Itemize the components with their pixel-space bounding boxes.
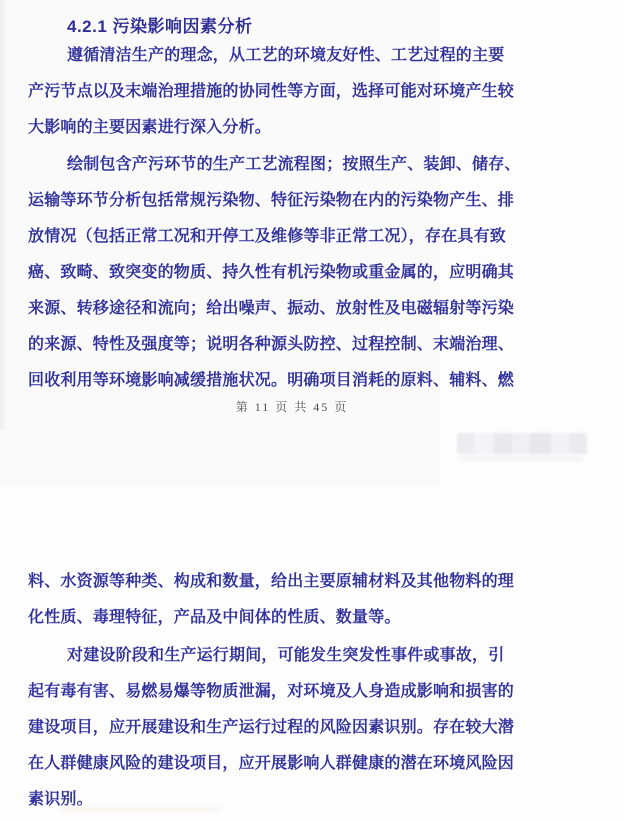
text-line: 起有毒有害、易燃易爆等物质泄漏，对环境及人身造成影响和损害的: [28, 674, 524, 710]
text-line: 料、水资源等种类、构成和数量，给出主要原辅材料及其他物料的理: [28, 564, 524, 600]
page2-paragraph-2: 对建设阶段和生产运行期间，可能发生突发性事件或事故，引 起有毒有害、易燃易爆等物…: [28, 638, 524, 818]
text-line: 产污节点以及末端治理措施的协同性等方面，选择可能对环境产生较: [28, 74, 524, 110]
scan-bottom-artifact: [60, 806, 220, 812]
text-line: 对建设阶段和生产运行期间，可能发生突发性事件或事故，引: [28, 638, 524, 674]
text-line: 运输等环节分析包括常规污染物、特征污染物在内的污染物产生、排: [28, 183, 524, 219]
text-line: 回收利用等环境影响减缓措施状况。明确项目消耗的原料、辅料、燃: [28, 363, 524, 399]
page-footer: 第 11 页 共 45 页: [0, 398, 584, 415]
text-line: 来源、转移途径和流向；给出噪声、振动、放射性及电磁辐射等污染: [28, 291, 524, 327]
text-line: 遵循清洁生产的理念，从工艺的环境友好性、工艺过程的主要: [28, 38, 524, 74]
text-line: 素识别。: [28, 782, 524, 818]
text-line: 绘制包含产污环节的生产工艺流程图；按照生产、装卸、储存、: [28, 147, 524, 183]
text-line: 癌、致畸、致突变的物质、持久性有机污染物或重金属的，应明确其: [28, 255, 524, 291]
text-line: 放情况（包括正常工况和开停工及维修等非正常工况），存在具有致: [28, 219, 524, 255]
document-page: 4.2.1 污染影响因素分析 遵循清洁生产的理念，从工艺的环境友好性、工艺过程的…: [0, 0, 624, 821]
text-line: 化性质、毒理特征，产品及中间体的性质、数量等。: [28, 600, 524, 636]
text-line: 在人群健康风险的建设项目，应开展影响人群健康的潜在环境风险因: [28, 746, 524, 782]
redaction-blur: [457, 433, 587, 454]
redaction-blur-smudge: [460, 456, 582, 461]
text-line: 建设项目，应开展建设和生产运行过程的风险因素识别。存在较大潜: [28, 710, 524, 746]
text-line: 的来源、特性及强度等；说明各种源头防控、过程控制、末端治理、: [28, 327, 524, 363]
scan-edge-artifact: [0, 0, 7, 430]
section-heading: 4.2.1 污染影响因素分析: [67, 12, 253, 37]
page2-paragraph-1: 料、水资源等种类、构成和数量，给出主要原辅材料及其他物料的理 化性质、毒理特征，…: [28, 564, 524, 636]
page1-paragraph-1: 遵循清洁生产的理念，从工艺的环境友好性、工艺过程的主要 产污节点以及末端治理措施…: [28, 38, 524, 146]
text-line: 大影响的主要因素进行深入分析。: [28, 110, 524, 146]
page1-paragraph-2: 绘制包含产污环节的生产工艺流程图；按照生产、装卸、储存、 运输等环节分析包括常规…: [28, 147, 524, 399]
